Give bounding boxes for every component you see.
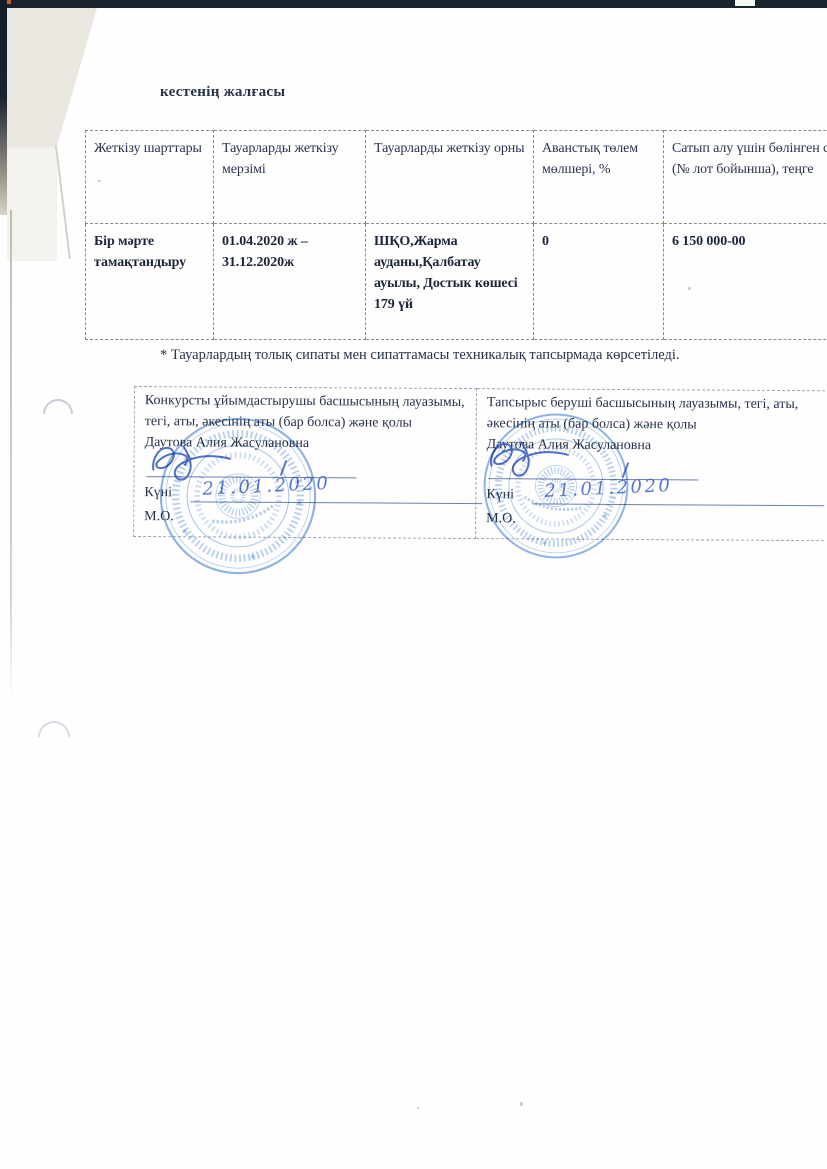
seal-place-label: М.О. xyxy=(144,507,465,530)
handwritten-date: 21.01.2020 xyxy=(544,473,673,506)
page-edge-line xyxy=(10,210,12,700)
cell-allocated-sum: 6 150 000-00 xyxy=(664,224,827,340)
procurement-table: Жеткізу шарттары Тауарларды жеткізу мерз… xyxy=(85,130,827,340)
header-advance-payment: Аванстық төлем мөлшері, % xyxy=(534,131,664,224)
scan-edge-left xyxy=(0,0,7,215)
scan-edge-notch xyxy=(735,0,755,6)
customer-signature-cell: Тапсырыс беруші басшысының лауазымы, тег… xyxy=(476,389,827,541)
scan-edge-top xyxy=(0,0,827,8)
customer-date-row: Күні 21.01.2020 xyxy=(486,483,823,509)
seal-place-label: М.О. xyxy=(486,509,823,532)
page-title: кестенің жалғасы xyxy=(160,84,285,101)
date-label: Күні xyxy=(144,483,172,504)
cell-delivery-period: 01.04.2020 ж – 31.12.2020ж xyxy=(214,224,366,340)
header-delivery-terms: Жеткізу шарттары xyxy=(86,131,214,224)
cell-delivery-place: ШҚО,Жарма ауданы,Қалбатау ауылы, Достык … xyxy=(366,224,534,340)
page-edge-slant xyxy=(55,146,71,259)
customer-name: Даутова Алия Жасулановна xyxy=(487,436,824,459)
table-row: Бір мәрте тамақтандыру 01.04.2020 ж – 31… xyxy=(86,224,827,340)
handwritten-date: 21.01.2020 xyxy=(202,471,331,504)
table-footnote: * Тауарлардың толық сипаты мен сипаттама… xyxy=(160,347,680,364)
organizer-date-row: Күні 21.01.2020 xyxy=(144,481,465,507)
organizer-signature-cell: Конкурсты ұйымдастырушы басшысының лауаз… xyxy=(134,387,477,539)
punch-hole xyxy=(37,393,79,435)
punch-hole xyxy=(31,714,76,759)
signature-block: Конкурсты ұйымдастырушы басшысының лауаз… xyxy=(133,386,827,541)
header-delivery-place: Тауарларды жеткізу орны xyxy=(366,131,534,224)
underlying-page-corner xyxy=(7,8,97,148)
svg-text:✶: ✶ xyxy=(248,552,258,564)
underlying-page-edge xyxy=(7,146,57,261)
table-header-row: Жеткізу шарттары Тауарларды жеткізу мерз… xyxy=(86,131,827,224)
date-label: Күні xyxy=(486,485,514,506)
scan-speck xyxy=(417,1107,419,1109)
cell-advance-payment: 0 xyxy=(534,224,664,340)
organizer-name: Даутова Алия Жасулановна xyxy=(145,434,466,457)
customer-label: Тапсырыс беруші басшысының лауазымы, тег… xyxy=(487,393,824,436)
cell-delivery-terms: Бір мәрте тамақтандыру xyxy=(86,224,214,340)
header-allocated-sum: Сатып алу үшін бөлінген сома (№ лот бойы… xyxy=(664,131,827,224)
scanned-document-page: кестенің жалғасы Жеткізу шарттары Тауарл… xyxy=(0,0,827,1169)
scan-speck xyxy=(520,1102,523,1106)
organizer-label: Конкурсты ұйымдастырушы басшысының лауаз… xyxy=(145,391,466,434)
header-delivery-period: Тауарларды жеткізу мерзімі xyxy=(214,131,366,224)
